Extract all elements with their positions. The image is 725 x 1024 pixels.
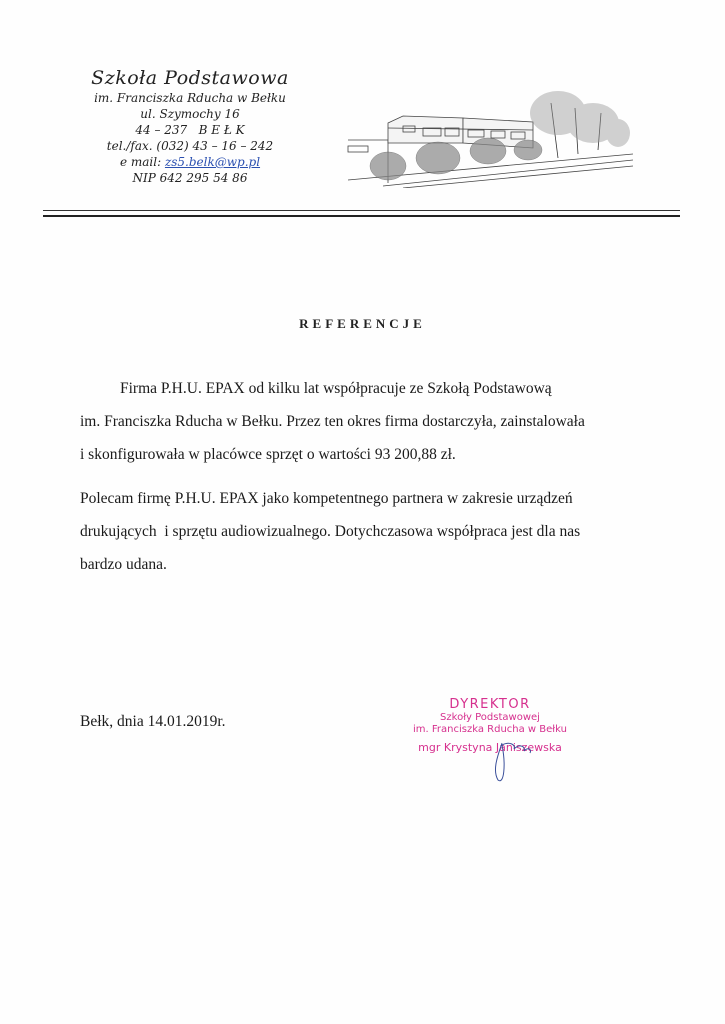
reference-letter: Szkoła Podstawowa im. Franciszka Rducha … <box>0 0 725 1024</box>
email-link[interactable]: zs5.belk@wp.pl <box>165 155 260 169</box>
email-label: e mail: <box>120 155 161 169</box>
stamp-school: Szkoły Podstawowej <box>400 712 580 724</box>
letterhead: Szkoła Podstawowa im. Franciszka Rducha … <box>80 66 300 186</box>
paragraph-line: bardzo udana. <box>80 548 670 581</box>
school-patron: im. Franciszka Rducha w Bełku <box>80 90 300 106</box>
school-name: Szkoła Podstawowa <box>80 66 300 90</box>
paragraph-line: drukujących i sprzętu audiowizualnego. D… <box>80 515 670 548</box>
school-email-row: e mail: zs5.belk@wp.pl <box>80 154 300 170</box>
paragraph-line: Firma P.H.U. EPAX od kilku lat współprac… <box>80 372 670 405</box>
paragraph-1: Firma P.H.U. EPAX od kilku lat współprac… <box>80 372 670 471</box>
stamp-title: DYREKTOR <box>400 697 580 712</box>
header-rule-thick <box>43 215 680 217</box>
school-building-sketch-icon <box>343 88 633 188</box>
document-title: REFERENCJE <box>0 316 725 332</box>
header-rule-thin <box>43 210 680 211</box>
school-postal: 44 – 237 B E Ł K <box>80 122 300 138</box>
handwritten-signature-icon <box>480 735 550 785</box>
school-street: ul. Szymochy 16 <box>80 106 300 122</box>
paragraph-line: i skonfigurowała w placówce sprzęt o war… <box>80 438 670 471</box>
school-phone: tel./fax. (032) 43 – 16 – 242 <box>80 138 300 154</box>
place-date: Bełk, dnia 14.01.2019r. <box>80 713 226 731</box>
paragraph-line: Polecam firmę P.H.U. EPAX jako kompetent… <box>80 482 670 515</box>
school-nip: NIP 642 295 54 86 <box>80 170 300 186</box>
paragraph-2: Polecam firmę P.H.U. EPAX jako kompetent… <box>80 482 670 581</box>
paragraph-line: im. Franciszka Rducha w Bełku. Przez ten… <box>80 405 670 438</box>
